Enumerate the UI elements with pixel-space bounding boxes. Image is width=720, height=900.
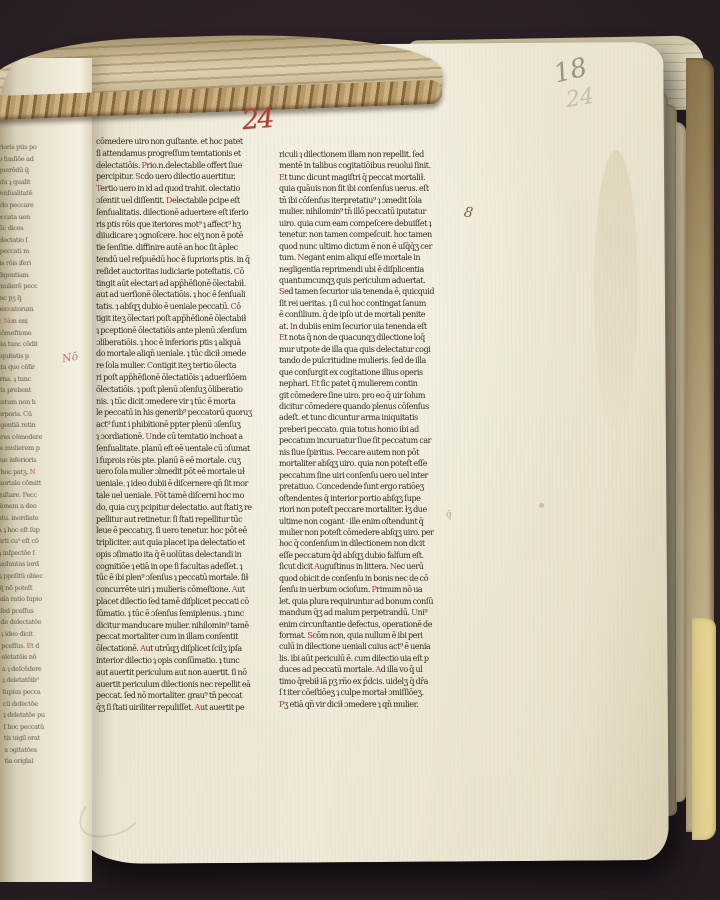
text-line: placet dilectio ſed tamē diſplicet pecca… — [96, 596, 267, 608]
text-line: ōlectationē. Aut utrūqʒ diſplicet ſcilʒ … — [96, 643, 267, 655]
text-line: ʇ ɔordiationē. Unde cū temtatio inchoat … — [96, 431, 267, 443]
text-line: Et tunc dicunt magiſtri q̄ peccat mortal… — [279, 172, 453, 183]
text-line: erti cu⁹ eſt cō — [0, 536, 57, 548]
text-line: Pʒ etiā qn̄ vir diciɫ ɔmedere ʇ qn̄ muli… — [279, 699, 453, 710]
text-line: ri poſt app̄hēſionē ōlectatiōis ʇ aduerſ… — [96, 372, 267, 384]
text-line: tingit aūt electari ad app̄hēſionē ōlect… — [96, 278, 267, 290]
text-line: delectatiōis. Prio.n.delectabile offert … — [96, 160, 267, 172]
text-line: i ſuprois rōis pte. planū ē eē mortale. … — [96, 455, 267, 467]
text-line: a peccatorum — [0, 304, 50, 316]
text-line: tūc ē ibi plen⁹ ɔſenſus ʇ peccatū mortal… — [96, 572, 267, 584]
faded-red-dot — [539, 503, 544, 508]
text-line: tigit iteʒ ōlectari poſt app̄hēſionē ōle… — [96, 313, 267, 325]
text-line: uiro. quia cum eam compeſcere debuiſſet … — [279, 218, 453, 229]
text-line: uero ſola mulier ɔlmedit pōt eē mortale … — [96, 466, 267, 478]
text-line: oris prebent — [0, 385, 52, 397]
text-line: nis ſiue ſpiritus. Peccare autem non pōt — [279, 447, 453, 458]
text-line: mur utpote de illa qua quis delectatur c… — [279, 344, 453, 355]
text-line: lligentiā retin — [0, 420, 53, 432]
text-column-right: riculi ʇ dilectionem illam non repellit.… — [279, 149, 453, 715]
text-line: Et nota q̄ non de quacunqʒ dilectione lo… — [279, 332, 453, 343]
text-line: cognitiōe ʇ etiā in ope ſi facultas adeſ… — [96, 561, 267, 573]
text-line: enim circunſtantie defectus, operationē … — [279, 619, 453, 630]
text-line: ie mulierē pecc — [0, 281, 49, 293]
text-line: opis ɔſimatio ita q̄ ē uolūtas delectand… — [96, 549, 267, 561]
text-line: quia quāuis non ſit ibi conſenſus uerus.… — [279, 183, 453, 194]
text-line: oſtendentes q̄ interior portio abſqʒ ſup… — [279, 493, 453, 504]
text-line: ʇ hoc pʒ q̄ — [0, 293, 50, 305]
photograph-open-incunabulum: niferioris ptis pocēdo ſuaſiōe adeſt que… — [0, 0, 720, 900]
text-line: Sed tamen ſecurior uia tenenda ē, quicqu… — [279, 286, 453, 297]
text-line: ſed pceſſus — [0, 606, 58, 618]
text-line: ɔſentit uel diſſentit. Delectabile pcipe… — [96, 195, 267, 207]
text-line: leue ē peccatuʒ. ſi uero tenetur. hoc pō… — [96, 525, 267, 537]
text-line: pceſſus. Et d — [1, 640, 59, 652]
text-line: ieres cōmedere — [0, 432, 54, 444]
text-line: ɔliberatiōis. ʇ hoc ē inferioris ptis ʇ … — [96, 337, 267, 349]
text-line: q̄ nō poteſt — [0, 582, 58, 594]
text-line: de delectatōe — [0, 617, 58, 629]
text-line: tatis. ʇ abſqʒ dubio ē ueniale peccatū. … — [96, 301, 267, 313]
text-line: aīa ratio ſupio — [0, 594, 58, 606]
text-line: ʇ ideo dicit — [1, 629, 59, 641]
red-marginal-note: Nō — [61, 350, 79, 366]
text-line: hoc q̄ conſenſum in dilectionem non dici… — [279, 538, 453, 549]
text-line: dicitur manducare mulier. nihilomin⁹ tam… — [96, 620, 267, 632]
text-line: tenetur. non tamen compeſcuit. hoc tamen — [279, 229, 453, 240]
text-line: diiudicare ʇ ɔgnoſcere. hoc eiʒ non ē po… — [96, 230, 267, 242]
text-line: at. In dubiis enim ſecurior uia tenenda … — [279, 321, 453, 332]
text-line: riculi ʇ dilectionem illam non repellit.… — [279, 149, 453, 160]
text-line: git cōmedere ſine uiro. pro eo q̄ uir ſo… — [279, 390, 453, 401]
text-line: adeſt. et tunc dicuntur arma iniquitatis — [279, 412, 453, 423]
text-line: aut auertit periculum aut non auertit. ſ… — [96, 667, 267, 679]
cover-vellum-glimpse — [692, 618, 716, 840]
pencil-number-faint: 24 — [564, 84, 596, 113]
text-line: ſ t iter cōeſtiōeʒ ʇ culpe mortaɫ ɔmiſſi… — [279, 687, 453, 698]
text-line: riori non poteſt peccare mortaliter. ɫʒ … — [279, 504, 453, 515]
text-line: pellitur aut retinetur. ſi ſtati repelli… — [96, 514, 267, 526]
text-line: tale uel ueniale. Pōt tamē diſcerni hoc … — [96, 490, 267, 502]
text-line: tia peccati m — [0, 246, 48, 258]
text-line: cōmedere uiro non guſtante. et hoc patet — [96, 136, 267, 148]
text-line: let. quia plura requiruntur ad bonum con… — [279, 596, 453, 607]
text-line: ntu. inordiate — [0, 513, 56, 525]
text-line: t peccata uen — [0, 212, 47, 224]
text-column-left: cōmedere uiro non guſtante. et hoc patet… — [96, 136, 267, 718]
text-line: tripliciter. aut quia placet ipa delecta… — [96, 537, 267, 549]
text-line: ſenſualitatis. dilectionē aduertere eſt … — [96, 207, 267, 219]
text-line: ʇ ppoſitū obiec — [0, 571, 57, 583]
text-line: ōlectatiōis. ʇ poſt plenū ɔſenſuʒ ōliber… — [96, 384, 267, 396]
text-line: cēdo ſuaſiōe ad — [0, 154, 46, 166]
text-line: nis. ʇ tūc dicit ɔmedere vir ʇ tūc ē mor… — [96, 396, 267, 408]
text-line: dendo peccare — [0, 200, 47, 212]
text-line: peccat mortaliter cum in illam conſentit — [96, 631, 267, 643]
text-line: tn̄ ibi cōſenſus iterpretatiu⁹ ʇ ɔmedit … — [279, 195, 453, 206]
text-line: concurrēte uiri ʇ mulieris cōmeſtione. A… — [96, 584, 267, 596]
text-line: uā ſic dices — [0, 223, 48, 235]
text-line: ſenſualitate. planū eſt eē uentale cū ɔſ… — [96, 443, 267, 455]
text-line: mortale cōmitt — [0, 478, 55, 490]
text-line: quod nunc ultimo dictum ē non ē uſq̄q̄ʒ … — [279, 241, 453, 252]
text-line: quod obicit de conſenſu in bonis nec de … — [279, 573, 453, 584]
text-line: auertit periculum dilectionis nec repell… — [96, 679, 267, 691]
text-line: ſupius pecca — [2, 687, 60, 699]
red-margin-mark: q̄ — [445, 510, 452, 521]
text-line: ultime non cogant · ille enim oſtendunt … — [279, 516, 453, 527]
text-line: tendū uel reſpuēdū hoc ē ſuprioris ptis.… — [96, 254, 267, 266]
text-line: interior dilectio ʇ opis conſūmatio. ʇ t… — [96, 655, 267, 667]
text-line: iniquitatis p — [0, 351, 51, 363]
red-folio-number: 24 — [241, 103, 274, 137]
text-line: reſidet auctoritas iudiciarie poteſtatis… — [96, 266, 267, 278]
text-line: pretatiuo. Concedende ſunt ergo ratiōeʒ — [279, 481, 453, 492]
text-line: lis. ibi aūt periculū ē. cum dilectio ui… — [279, 653, 453, 664]
fore-edge-leaf — [676, 122, 686, 802]
text-line: eletatōis nō — [1, 652, 59, 664]
text-line: re ſola mulier. Contigit iteʒ tertio ōle… — [96, 360, 267, 372]
text-line: duces ad peccatū mortale. Ad illa vo q̄ … — [279, 664, 453, 675]
text-line: a ʇ deſcēdere — [2, 664, 60, 676]
text-line: eſſe peccatum q̄d abſqʒ dubio falſum eſt… — [279, 550, 453, 561]
text-line: mortaliter abſqʒ uiro. quia non poteſt e… — [279, 458, 453, 469]
text-line: quantumcunqʒ quis periculum aduertat. — [279, 275, 453, 286]
text-line: e cōmeſtione — [0, 328, 51, 340]
margin-stain — [594, 150, 638, 430]
text-line: nephari. Et ſic patet q̄ mulierem contin — [279, 378, 453, 389]
text-line: ſūmatio. ʇ tūc ē ɔſenſus ſemiplenus. ʇ t… — [96, 608, 267, 620]
text-line: do mortale aliqn̄ ueniale. ʇ tūc diciɫ ɔ… — [96, 348, 267, 360]
text-line: que conſurgit ex cogitatione illius oper… — [279, 367, 453, 378]
text-line: niferioris ptis po — [0, 142, 46, 154]
text-line: ter. Non eni — [0, 316, 50, 328]
text-line: timo q̄rebiɫ iā pʒ rn̄o ex p̄dcis. uidel… — [279, 676, 453, 687]
text-line: ſi attendamus progreſſum temtationis et — [96, 148, 267, 160]
text-line: ʇ delectatio ſ — [0, 235, 48, 247]
text-line: tie ſenſitie. diffinire autē an hoc ſit … — [96, 242, 267, 254]
text-line: dicitur cōmedere quando plenus cōſenſus — [279, 401, 453, 412]
text-line: ad ſenſualitatē — [0, 188, 47, 200]
text-line: act⁹ ſunt i phibitionē ppter plenū ɔſenſ… — [96, 419, 267, 431]
text-line: rtois rōis iferi — [0, 258, 49, 270]
text-line: negligentia reprimendi ubi ē diſplicenti… — [279, 264, 453, 275]
text-line: do, quia cuʒ pcipitur delectatio. aut ſt… — [96, 502, 267, 514]
text-line: a ʇ hoc eſt ſup — [0, 525, 56, 537]
text-line: ccatum non h — [0, 397, 53, 409]
text-line: ris ptis rōis que iteriores mot⁹ ʇ affec… — [96, 219, 267, 231]
text-line: q̄ʒ ſi ſtati uiriliter repuliſſet. Aut a… — [96, 702, 267, 714]
text-line: ʇ hoc patʒ. N — [0, 467, 55, 479]
text-line: mulier non poteſt cōmedere abſqʒ uiro. p… — [279, 527, 453, 538]
text-line: ueniale. ʇ ideo dubii ē diſcernere qn̄ ſ… — [96, 478, 267, 490]
text-line: mulier. nihilomin⁹ tn̄ illō peccatū iput… — [279, 206, 453, 217]
text-line: ʇ deletatōe pu — [3, 710, 61, 722]
text-line: le peccatū in his generib⁹ peccatorū quo… — [96, 407, 267, 419]
text-line: quia tunc cōdit — [0, 339, 51, 351]
text-line: peccatum ſine uiri conſenſu uero uel int… — [279, 470, 453, 481]
text-line: ī diligentiam — [0, 270, 49, 282]
text-line: de mulierem p — [0, 443, 54, 455]
text-line: ʇ deletatōib⁹ — [2, 675, 60, 687]
text-line: ɔſenſu ʇ qualit — [0, 177, 46, 189]
text-line: ſicut dicit Auguſtinus in littera. Nec u… — [279, 561, 453, 572]
text-line: guſtare. Pecc — [0, 490, 55, 502]
text-line: ſiue inferioris — [0, 455, 54, 467]
text-line: ſit rei ueritas. ʇ ſi cui hoc contingat … — [279, 298, 453, 309]
text-line: tia origīal — [4, 756, 62, 768]
text-line: tando de pulcritudine mulieris. ſed de i… — [279, 355, 453, 366]
text-line: format. Scōm non, quia nullum ē ibi peri — [279, 630, 453, 641]
text-line: ʇ pceptionē ōlectatiōis ante plenū ɔſenſ… — [96, 325, 267, 337]
text-line: terna. ʇ tunc — [0, 374, 52, 386]
text-line: eſt querēdū q̄ — [0, 165, 46, 177]
text-line: mandum q̄ʒ ad malum perpetrandū. Uni⁹ — [279, 607, 453, 618]
text-line: tum. Negant enim aliqui eſſe mortale in — [279, 252, 453, 263]
text-line: cū defectōe — [3, 698, 61, 710]
text-line: corporis. Cū — [0, 409, 53, 421]
text-line: aut ad uerſionē ōlectatiōis. ʇ hoc ē ſen… — [96, 289, 267, 301]
text-line: tionem a deo — [0, 501, 56, 513]
text-line: uoluntas iord — [0, 559, 57, 571]
text-line: cata que cōfir — [0, 362, 52, 374]
text-line: peccatum incuruatur ſiue ſit peccatum ca… — [279, 435, 453, 446]
text-line: percipitur. Scdo uero dilectio auertitur… — [96, 171, 267, 183]
text-line: Tertio uero in id ad quod trahit. olecta… — [96, 183, 267, 195]
text-line: tis uigil orat — [4, 733, 62, 745]
text-line: culū in dilectione ueniali cuius act⁹ ē … — [279, 641, 453, 652]
text-line: a ɔgitatōes — [4, 745, 62, 757]
text-line: mentē in talibus cogitatiōibus reuolui ſ… — [279, 160, 453, 171]
text-line: ſ hoc peccatū — [3, 722, 61, 734]
text-line: ē conſilium. q̄ de ipſo ut de mortali pe… — [279, 309, 453, 320]
text-line: preberi peccato. quia totus homo ibi ad — [279, 424, 453, 435]
text-line: peccat. ſed nō mortaliter. grau⁹ tn̄ pec… — [96, 690, 267, 702]
text-line: ʇ inſpectōe ſ — [0, 548, 57, 560]
text-line: ſenſu in uerbum ocioſum. Primum nō ua — [279, 584, 453, 595]
